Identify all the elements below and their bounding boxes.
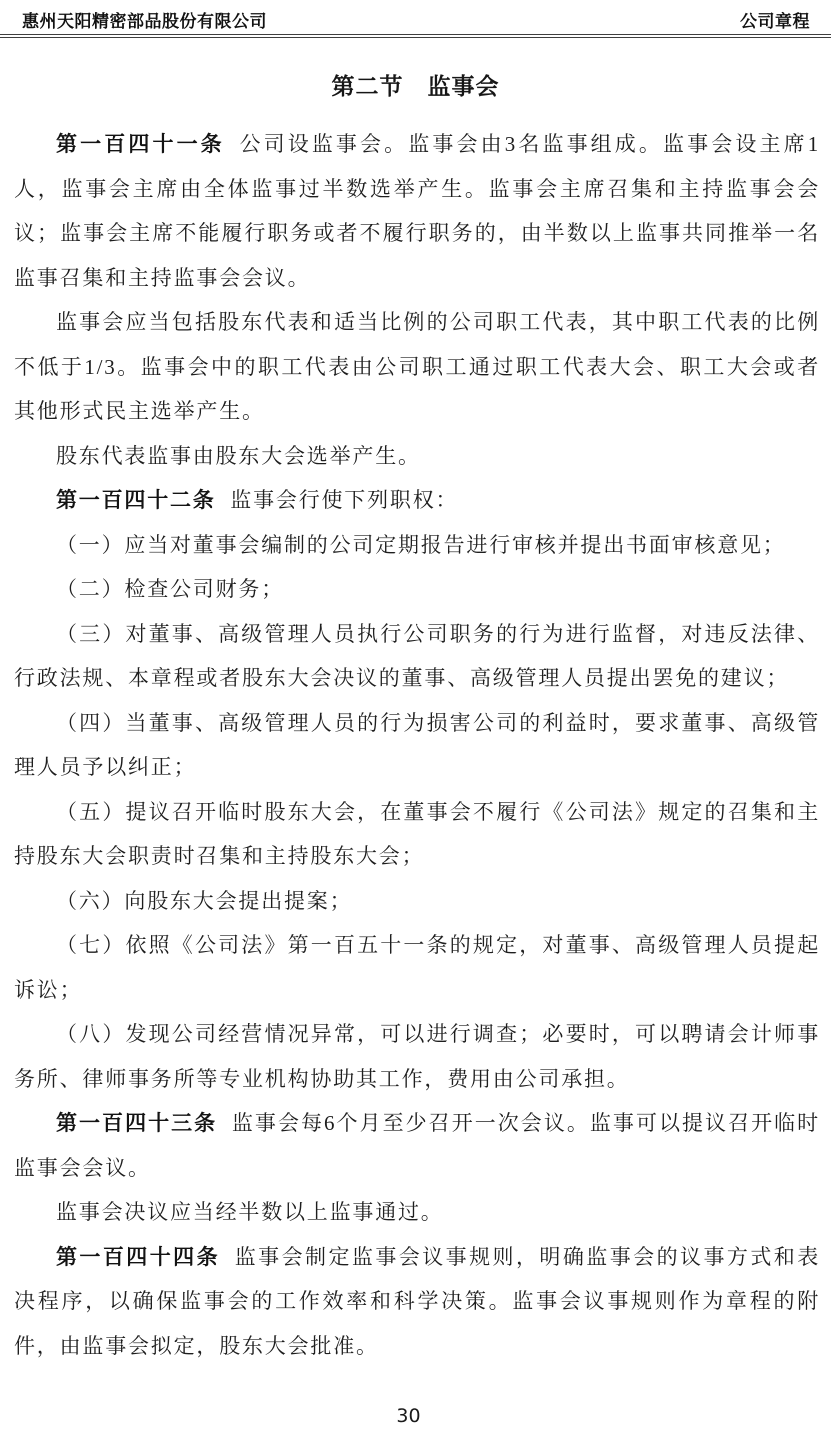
paragraph-article-141: 第一百四十一条公司设监事会。监事会由3名监事组成。监事会设主席1人，监事会主席由… xyxy=(14,122,820,300)
paragraph-text: （五）提议召开临时股东大会，在董事会不履行《公司法》规定的召集和主持股东大会职责… xyxy=(14,800,820,869)
header-company-name: 惠州天阳精密部品股份有限公司 xyxy=(22,7,267,32)
paragraph-resolution: 监事会决议应当经半数以上监事通过。 xyxy=(14,1190,820,1235)
paragraph-text: 监事会决议应当经半数以上监事通过。 xyxy=(56,1200,444,1224)
article-number: 第一百四十一条 xyxy=(56,132,225,156)
paragraph-supervisor-composition: 监事会应当包括股东代表和适当比例的公司职工代表，其中职工代表的比例不低于1/3。… xyxy=(14,300,820,434)
paragraph-text: 监事会应当包括股东代表和适当比例的公司职工代表，其中职工代表的比例不低于1/3。… xyxy=(14,310,820,423)
power-item-5: （五）提议召开临时股东大会，在董事会不履行《公司法》规定的召集和主持股东大会职责… xyxy=(14,790,820,879)
document-page: 惠州天阳精密部品股份有限公司 公司章程 第二节 监事会 第一百四十一条公司设监事… xyxy=(0,0,831,1368)
power-item-1: （一）应当对董事会编制的公司定期报告进行审核并提出书面审核意见； xyxy=(14,523,820,568)
document-body: 第一百四十一条公司设监事会。监事会由3名监事组成。监事会设主席1人，监事会主席由… xyxy=(0,101,831,1368)
paragraph-text: 股东代表监事由股东大会选举产生。 xyxy=(56,444,421,468)
section-title: 第二节 监事会 xyxy=(0,68,831,101)
power-item-7: （七）依照《公司法》第一百五十一条的规定，对董事、高级管理人员提起诉讼； xyxy=(14,923,820,1012)
paragraph-shareholder-rep: 股东代表监事由股东大会选举产生。 xyxy=(14,434,820,479)
paragraph-text: （七）依照《公司法》第一百五十一条的规定，对董事、高级管理人员提起诉讼； xyxy=(14,933,820,1002)
paragraph-text: （六）向股东大会提出提案； xyxy=(56,889,352,913)
article-number: 第一百四十四条 xyxy=(56,1245,220,1269)
paragraph-text: （八）发现公司经营情况异常，可以进行调查；必要时，可以聘请会计师事务所、律师事务… xyxy=(14,1022,820,1091)
power-item-8: （八）发现公司经营情况异常，可以进行调查；必要时，可以聘请会计师事务所、律师事务… xyxy=(14,1012,820,1101)
page-header: 惠州天阳精密部品股份有限公司 公司章程 xyxy=(0,0,831,38)
paragraph-article-143: 第一百四十三条监事会每6个月至少召开一次会议。监事可以提议召开临时监事会会议。 xyxy=(14,1101,820,1190)
power-item-6: （六）向股东大会提出提案； xyxy=(14,879,820,924)
article-number: 第一百四十三条 xyxy=(56,1111,217,1135)
paragraph-text: 监事会行使下列职权： xyxy=(230,488,458,512)
page-number: 30 xyxy=(0,1405,817,1427)
paragraph-text: （一）应当对董事会编制的公司定期报告进行审核并提出书面审核意见； xyxy=(56,533,786,557)
power-item-3: （三）对董事、高级管理人员执行公司职务的行为进行监督，对违反法律、行政法规、本章… xyxy=(14,612,820,701)
paragraph-text: （四）当董事、高级管理人员的行为损害公司的利益时，要求董事、高级管理人员予以纠正… xyxy=(14,711,820,780)
paragraph-text: （三）对董事、高级管理人员执行公司职务的行为进行监督，对违反法律、行政法规、本章… xyxy=(14,622,820,691)
power-item-4: （四）当董事、高级管理人员的行为损害公司的利益时，要求董事、高级管理人员予以纠正… xyxy=(14,701,820,790)
paragraph-article-142: 第一百四十二条监事会行使下列职权： xyxy=(14,478,820,523)
paragraph-text: （二）检查公司财务； xyxy=(56,577,284,601)
power-item-2: （二）检查公司财务； xyxy=(14,567,820,612)
header-doc-type: 公司章程 xyxy=(740,7,810,32)
paragraph-article-144: 第一百四十四条监事会制定监事会议事规则，明确监事会的议事方式和表决程序，以确保监… xyxy=(14,1235,820,1369)
article-number: 第一百四十二条 xyxy=(56,488,216,512)
